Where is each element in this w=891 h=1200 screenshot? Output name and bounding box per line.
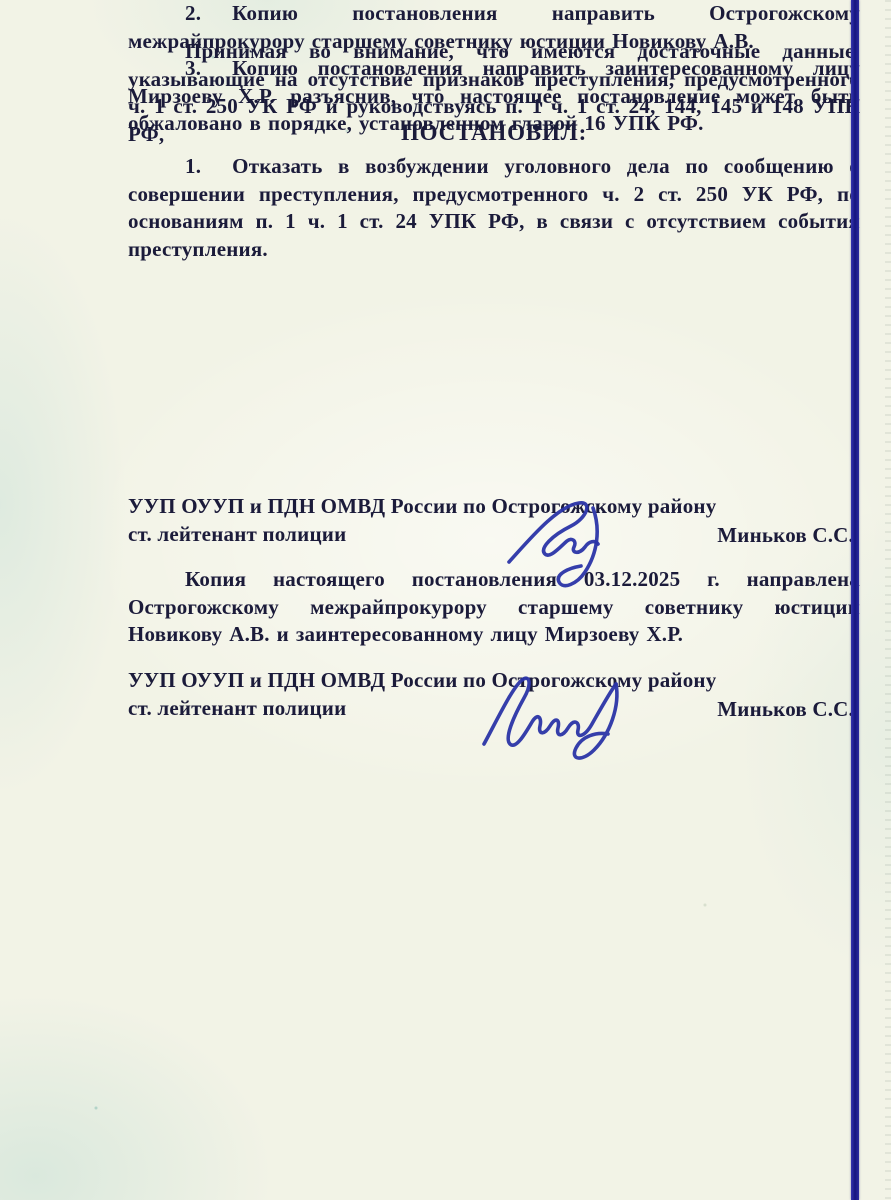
resolution-heading: ПОСТАНОВИЛ: — [128, 119, 860, 147]
signature-1-icon — [495, 496, 645, 591]
scanned-document-page: Принимая во внимание, что имеются достат… — [0, 0, 891, 1200]
document-text-layer: Принимая во внимание, что имеются достат… — [128, 0, 860, 138]
signature-2-icon — [468, 664, 646, 772]
signer-organization: УУП ОУУП и ПДН ОМВД России по Острогожск… — [128, 493, 860, 521]
signer-name: Миньков С.С. — [717, 522, 854, 550]
scan-edge-artifact — [885, 0, 891, 1200]
item-text: Отказать в возбуждении уголовного дела п… — [128, 154, 860, 261]
item-number: 2. — [185, 1, 201, 25]
vertical-margin-line — [851, 0, 859, 1200]
item-number: 1. — [185, 154, 201, 178]
signature-block-1: УУП ОУУП и ПДН ОМВД России по Острогожск… — [128, 493, 860, 563]
copy-note-paragraph: Копия настоящего постановления 03.12.202… — [128, 566, 860, 649]
signer-name: Миньков С.С. — [717, 696, 854, 724]
resolution-item-1: 1.Отказать в возбуждении уголовного дела… — [128, 153, 860, 263]
